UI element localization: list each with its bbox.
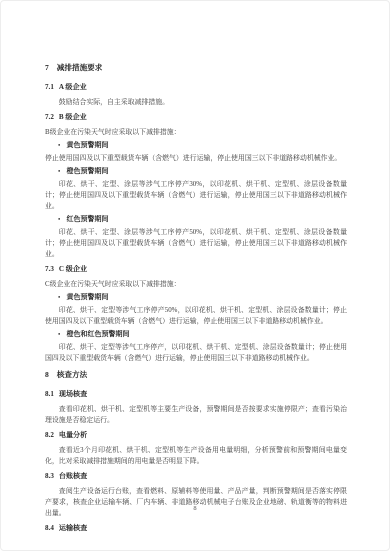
subsection-heading: 7.1A 级企业 bbox=[45, 82, 347, 93]
bullet-icon: • bbox=[58, 215, 60, 224]
section-title: 核查方法 bbox=[57, 370, 87, 379]
bullet-item: •黄色预警期间 bbox=[45, 140, 347, 151]
page-number: 8 bbox=[1, 503, 389, 514]
section-heading: 8核查方法 bbox=[45, 369, 347, 380]
subsection-number: 8.4 bbox=[45, 523, 54, 534]
document-page: 7减排措施要求 7.1A 级企业 鼓励结合实际，自主采取减排措施。 7.2B 级… bbox=[0, 0, 390, 551]
paragraph: 印花、烘干、定型等涉气工序停产50%，以印花机、烘干机、定型机、涂层设备数量计；… bbox=[45, 305, 347, 327]
section-heading: 7减排措施要求 bbox=[45, 62, 347, 73]
section-title: 减排措施要求 bbox=[57, 63, 103, 72]
bullet-icon: • bbox=[58, 141, 60, 150]
subsection-number: 7.1 bbox=[45, 82, 54, 93]
bullet-label: 黄色预警期间 bbox=[66, 141, 108, 149]
subsection-number: 7.2 bbox=[45, 112, 54, 123]
bullet-item: •橙色和红色预警期间 bbox=[45, 329, 347, 340]
subsection-heading: 8.4运输核查 bbox=[45, 523, 347, 534]
paragraph: C级企业在污染天气时应采取以下减排措施： bbox=[45, 279, 347, 290]
subsection-heading: 8.1现场核查 bbox=[45, 389, 347, 400]
subsection-title: B 级企业 bbox=[59, 113, 87, 121]
bullet-icon: • bbox=[58, 330, 60, 339]
bullet-item: •红色预警期间 bbox=[45, 214, 347, 225]
subsection-number: 8.1 bbox=[45, 389, 54, 400]
bullet-icon: • bbox=[58, 167, 60, 176]
subsection-title: C 级企业 bbox=[59, 265, 87, 273]
subsection-title: 现场核查 bbox=[59, 390, 87, 398]
paragraph: 停止使用国四及以下重型载货车辆（含燃气）进行运输，停止使用国三以下非道路移动机械… bbox=[45, 153, 347, 164]
paragraph: 鼓励结合实际，自主采取减排措施。 bbox=[45, 97, 347, 108]
bullet-label: 黄色预警期间 bbox=[66, 293, 108, 301]
bullet-label: 橙色和红色预警期间 bbox=[66, 330, 129, 338]
subsection-number: 8.2 bbox=[45, 430, 54, 441]
subsection-title: 台账核查 bbox=[59, 472, 87, 480]
subsection-heading: 7.2B 级企业 bbox=[45, 112, 347, 123]
subsection-heading: 8.3台账核查 bbox=[45, 471, 347, 482]
subsection-title: A 级企业 bbox=[59, 83, 87, 91]
paragraph: B级企业在污染天气时应采取以下减排措施： bbox=[45, 127, 347, 138]
paragraph: 印花、烘干、定型、涂层等涉气工序停产50%，以印花机、烘干机、定型机、涂层设备数… bbox=[45, 227, 347, 260]
subsection-number: 7.3 bbox=[45, 264, 54, 275]
bullet-item: •黄色预警期间 bbox=[45, 292, 347, 303]
paragraph: 查看印花机、烘干机、定型机等主要生产设备，预警期间是否按要求实施停限产；查看污染… bbox=[45, 404, 347, 426]
bullet-label: 橙色预警期间 bbox=[66, 167, 108, 175]
subsection-number: 8.3 bbox=[45, 471, 54, 482]
bullet-item: •橙色预警期间 bbox=[45, 166, 347, 177]
bullet-icon: • bbox=[58, 293, 60, 302]
section-number: 8 bbox=[45, 369, 49, 380]
paragraph: 印花、烘干、定型等涉气工序停产，以印花机、烘干机、定型机、涂层设备数量计；停止使… bbox=[45, 342, 347, 364]
bullet-label: 红色预警期间 bbox=[66, 215, 108, 223]
subsection-heading: 7.3C 级企业 bbox=[45, 264, 347, 275]
paragraph: 查看近3个月印花机、烘干机、定型机等生产设备用电量明细，分析预警前和预警期间电量… bbox=[45, 445, 347, 467]
subsection-title: 运输核查 bbox=[59, 524, 87, 532]
subsection-heading: 8.2电量分析 bbox=[45, 430, 347, 441]
subsection-title: 电量分析 bbox=[59, 431, 87, 439]
paragraph: 印花、烘干、定型、涂层等涉气工序停产30%，以印花机、烘干机、定型机、涂层设备数… bbox=[45, 179, 347, 212]
section-number: 7 bbox=[45, 62, 49, 73]
